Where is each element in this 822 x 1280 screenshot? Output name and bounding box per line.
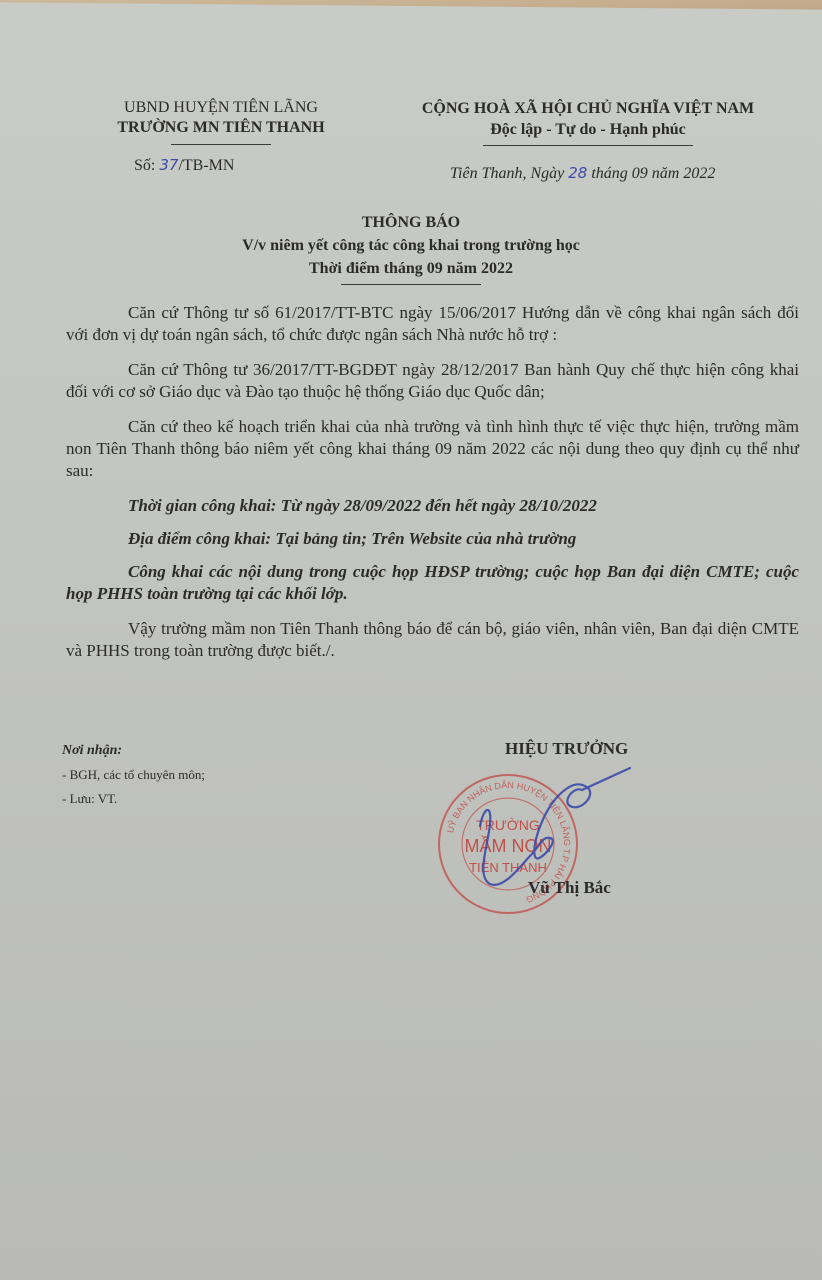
document-number: Số: 37/TB-MN — [134, 156, 234, 175]
recipient-item: - BGH, các tổ chuyên môn; — [62, 763, 205, 787]
document-title: THÔNG BÁO — [0, 211, 822, 234]
body-paragraph: Căn cứ theo kế hoạch triển khai của nhà … — [66, 416, 799, 482]
document-subject: V/v niêm yết công tác công khai trong tr… — [0, 234, 822, 257]
national-header: CỘNG HOÀ XÃ HỘI CHỦ NGHĨA VIỆT NAM Độc l… — [378, 98, 798, 146]
disclosure-time: Thời gian công khai: Từ ngày 28/09/2022 … — [66, 495, 799, 517]
closing-paragraph: Vậy trường mầm non Tiên Thanh thông báo … — [66, 618, 799, 662]
signature-icon — [470, 766, 650, 896]
body-paragraph: Căn cứ Thông tư 36/2017/TT-BGDĐT ngày 28… — [66, 359, 799, 403]
country-name: CỘNG HOÀ XÃ HỘI CHỦ NGHĨA VIỆT NAM — [378, 98, 798, 119]
issuer-authority: UBND HUYỆN TIÊN LÃNG — [62, 98, 380, 118]
handwritten-day: 28 — [568, 164, 587, 182]
handwritten-number: 37 — [159, 156, 178, 174]
divider — [171, 144, 271, 145]
recipients-heading: Nơi nhận: — [62, 739, 205, 763]
divider — [341, 284, 481, 285]
signer-name: Vũ Thị Bắc — [528, 878, 611, 898]
document-period: Thời điểm tháng 09 năm 2022 — [0, 257, 822, 280]
national-motto: Độc lập - Tự do - Hạnh phúc — [378, 119, 798, 140]
signer-title: HIỆU TRƯỞNG — [505, 739, 628, 759]
divider — [483, 145, 693, 146]
disclosure-place: Địa điểm công khai: Tại bảng tin; Trên W… — [66, 528, 799, 550]
issuer-block: UBND HUYỆN TIÊN LÃNG TRƯỜNG MN TIÊN THAN… — [62, 98, 380, 145]
document-body: Căn cứ Thông tư số 61/2017/TT-BTC ngày 1… — [66, 302, 799, 675]
recipients-block: Nơi nhận: - BGH, các tổ chuyên môn; - Lư… — [62, 739, 205, 811]
body-paragraph: Căn cứ Thông tư số 61/2017/TT-BTC ngày 1… — [66, 302, 799, 346]
document-title-block: THÔNG BÁO V/v niêm yết công tác công kha… — [0, 211, 822, 285]
document-page: UBND HUYỆN TIÊN LÃNG TRƯỜNG MN TIÊN THAN… — [0, 6, 822, 1280]
disclosure-content: Công khai các nội dung trong cuộc họp HĐ… — [66, 561, 799, 605]
issuer-school: TRƯỜNG MN TIÊN THANH — [62, 118, 380, 138]
document-date: Tiên Thanh, Ngày 28 tháng 09 năm 2022 — [450, 164, 715, 183]
recipient-item: - Lưu: VT. — [62, 787, 205, 811]
